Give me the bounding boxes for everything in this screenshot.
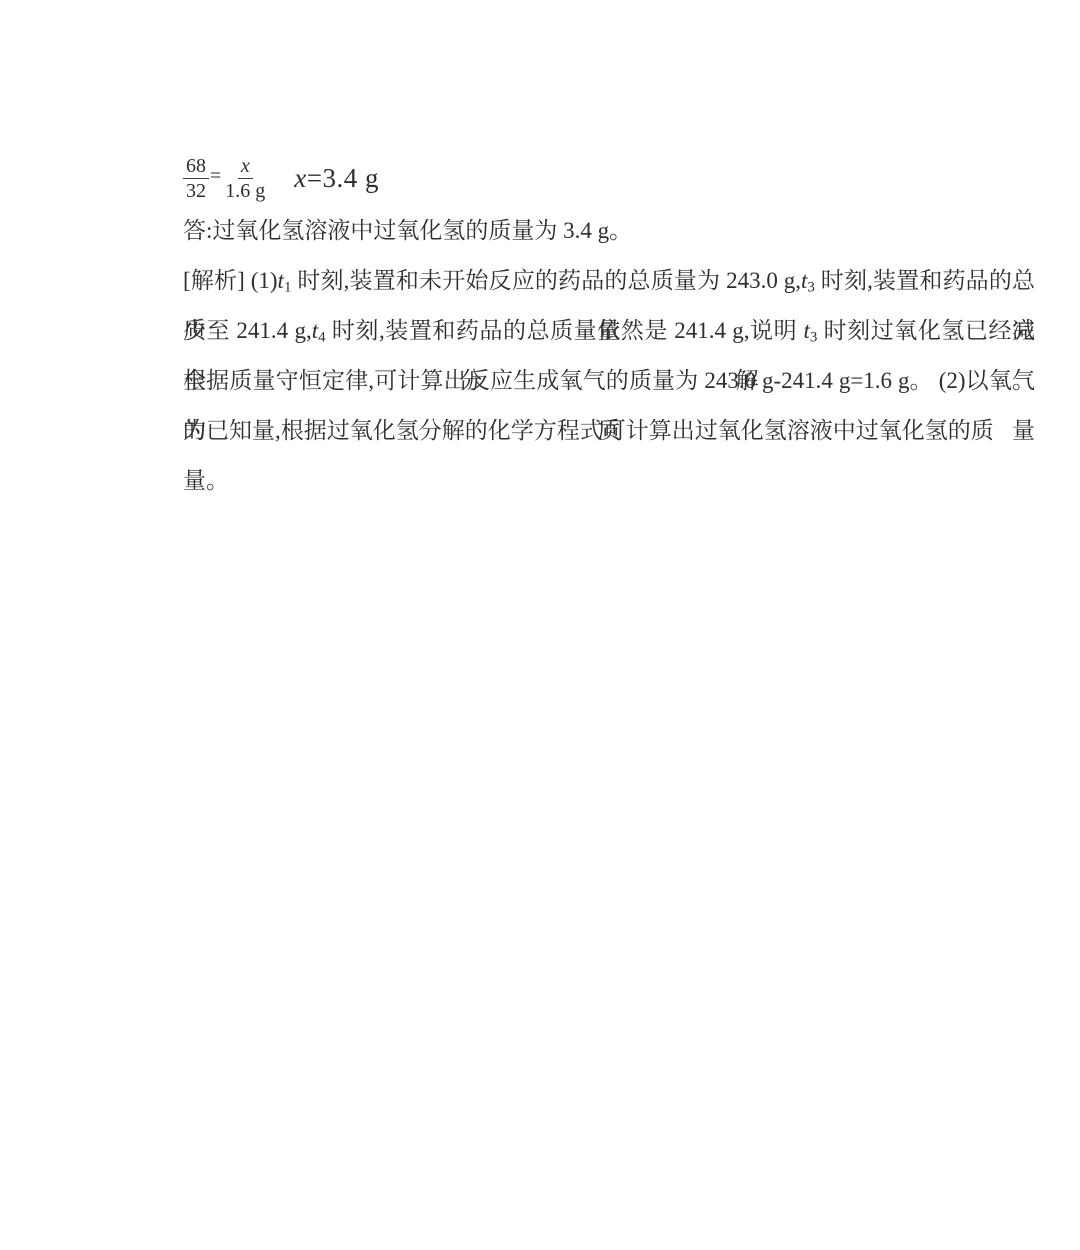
analysis-line-3: 根据质量守恒定律,可计算出反应生成氧气的质量为 243.0 g-241.4 g=… — [183, 356, 1035, 406]
answer-line: 答:过氧化氢溶液中过氧化氢的质量为 3.4 g。 — [183, 216, 1035, 246]
equation-result: x=3.4 g — [294, 163, 379, 194]
analysis-line-1: [解析] (1)t1 时刻,装置和未开始反应的药品的总质量为 243.0 g,t… — [183, 256, 1035, 306]
fraction-right: x 1.6 g — [222, 155, 268, 202]
fraction-left-denominator: 32 — [183, 179, 209, 202]
analysis-line-2: 少至 241.4 g,t4 时刻,装置和药品的总质量依然是 241.4 g,说明… — [183, 306, 1035, 356]
fraction-left: 68 32 — [183, 155, 209, 202]
result-value: =3.4 g — [307, 163, 379, 193]
fraction-right-numerator: x — [238, 155, 253, 179]
fraction-left-numerator: 68 — [183, 155, 209, 179]
document-page: 68 32 = x 1.6 g x=3.4 g 答:过氧化氢溶液中过氧化氢的质量… — [0, 0, 1080, 1250]
result-variable: x — [294, 163, 306, 193]
fraction-right-denominator: 1.6 g — [222, 179, 268, 202]
analysis-paragraph: [解析] (1)t1 时刻,装置和未开始反应的药品的总质量为 243.0 g,t… — [183, 256, 1035, 456]
equation-line: 68 32 = x 1.6 g x=3.4 g — [183, 150, 379, 206]
analysis-line-4: 为已知量,根据过氧化氢分解的化学方程式可计算出过氧化氢溶液中过氧化氢的质量。 — [183, 406, 1035, 456]
equals-sign: = — [210, 165, 221, 188]
